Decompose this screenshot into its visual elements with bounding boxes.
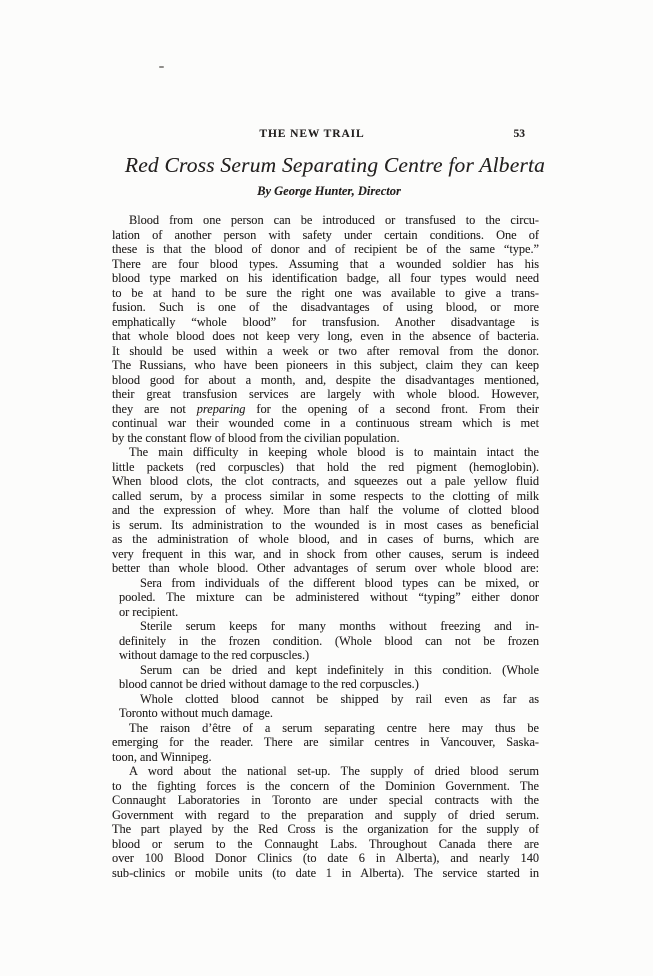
text-line: little packets (red corpuscles) that hol… bbox=[112, 460, 539, 475]
text-line: Blood from one person can be introduced … bbox=[112, 213, 539, 228]
text-line: over 100 Blood Donor Clinics (to date 6 … bbox=[112, 851, 539, 866]
text-line: their great transfusion services are lar… bbox=[112, 387, 539, 402]
article-title: Red Cross Serum Separating Centre for Al… bbox=[118, 152, 552, 178]
text-line: blood good for about a month, and, despi… bbox=[112, 373, 539, 388]
text-line: A word about the national set-up. The su… bbox=[112, 764, 539, 779]
text-line: that whole blood does not keep very long… bbox=[112, 329, 539, 344]
quote-block: Sera from individuals of the different b… bbox=[112, 576, 539, 620]
paragraph-block: The raison d’être of a serum separating … bbox=[112, 721, 539, 765]
paragraph-block: The main difficulty in keeping whole blo… bbox=[112, 445, 539, 576]
text-line: The raison d’être of a serum separating … bbox=[112, 721, 539, 736]
text-line: without damage to the red corpuscles.) bbox=[119, 648, 539, 663]
text-line: or recipient. bbox=[119, 605, 539, 620]
text-line: they are not preparing for the opening o… bbox=[112, 402, 539, 417]
text-line: to the fighting forces is the concern of… bbox=[112, 779, 539, 794]
text-line: emphatically “whole blood” for transfusi… bbox=[112, 315, 539, 330]
text-line: The main difficulty in keeping whole blo… bbox=[112, 445, 539, 460]
text-line: The part played by the Red Cross is the … bbox=[112, 822, 539, 837]
text-line: The Russians, who have been pioneers in … bbox=[112, 358, 539, 373]
quote-block: Whole clotted blood cannot be shipped by… bbox=[112, 692, 539, 721]
text-line: Connaught Laboratories in Toronto are un… bbox=[112, 793, 539, 808]
text-line: It should be used within a week or two a… bbox=[112, 344, 539, 359]
text-line: called serum, by a process similar in so… bbox=[112, 489, 539, 504]
paragraph-block: Blood from one person can be introduced … bbox=[112, 213, 539, 445]
scanned-page: THE NEW TRAIL 53 Red Cross Serum Separat… bbox=[0, 0, 653, 976]
text-line: There are four blood types. Assuming tha… bbox=[112, 257, 539, 272]
scan-artifact-mark bbox=[159, 66, 164, 68]
text-line: sub-clinics or mobile units (to date 1 i… bbox=[112, 866, 539, 881]
text-line: by the constant flow of blood from the c… bbox=[112, 431, 539, 446]
text-line: fusion. Such is one of the disadvantages… bbox=[112, 300, 539, 315]
text-line: When blood clots, the clot contracts, an… bbox=[112, 474, 539, 489]
text-line: and the expression of whey. More than ha… bbox=[112, 503, 539, 518]
quote-block: Sterile serum keeps for many months with… bbox=[112, 619, 539, 663]
text-line: is serum. Its administration to the woun… bbox=[112, 518, 539, 533]
text-line: emerging for the reader. There are simil… bbox=[112, 735, 539, 750]
text-line: Government with regard to the preparatio… bbox=[112, 808, 539, 823]
text-line: pooled. The mixture can be administered … bbox=[119, 590, 539, 605]
text-line: better than whole blood. Other advantage… bbox=[112, 561, 539, 576]
running-header-journal-title: THE NEW TRAIL bbox=[112, 128, 512, 140]
text-line: lation of another person with safety und… bbox=[112, 228, 539, 243]
text-line: Sterile serum keeps for many months with… bbox=[119, 619, 539, 634]
page-number: 53 bbox=[485, 128, 525, 140]
text-line: Toronto without much damage. bbox=[119, 706, 539, 721]
text-line: toon, and Winnipeg. bbox=[112, 750, 539, 765]
text-line: Whole clotted blood cannot be shipped by… bbox=[119, 692, 539, 707]
paragraph-block: A word about the national set-up. The su… bbox=[112, 764, 539, 880]
text-line: blood cannot be dried without damage to … bbox=[119, 677, 539, 692]
article-body: Blood from one person can be introduced … bbox=[112, 213, 539, 880]
text-line: these is that the blood of donor and of … bbox=[112, 242, 539, 257]
text-line: to be at hand to be sure the right one w… bbox=[112, 286, 539, 301]
text-line: continual war their wounded come in a co… bbox=[112, 416, 539, 431]
text-line: blood or serum to the Connaught Labs. Th… bbox=[112, 837, 539, 852]
article-byline: By George Hunter, Director bbox=[112, 184, 546, 199]
text-line: as the administration of whole blood, an… bbox=[112, 532, 539, 547]
text-line: definitely in the frozen condition. (Who… bbox=[119, 634, 539, 649]
text-line: very frequent in this war, and in shock … bbox=[112, 547, 539, 562]
text-line: blood type marked on his identification … bbox=[112, 271, 539, 286]
text-line: Sera from individuals of the different b… bbox=[119, 576, 539, 591]
quote-block: Serum can be dried and kept indefinitely… bbox=[112, 663, 539, 692]
text-line: Serum can be dried and kept indefinitely… bbox=[119, 663, 539, 678]
